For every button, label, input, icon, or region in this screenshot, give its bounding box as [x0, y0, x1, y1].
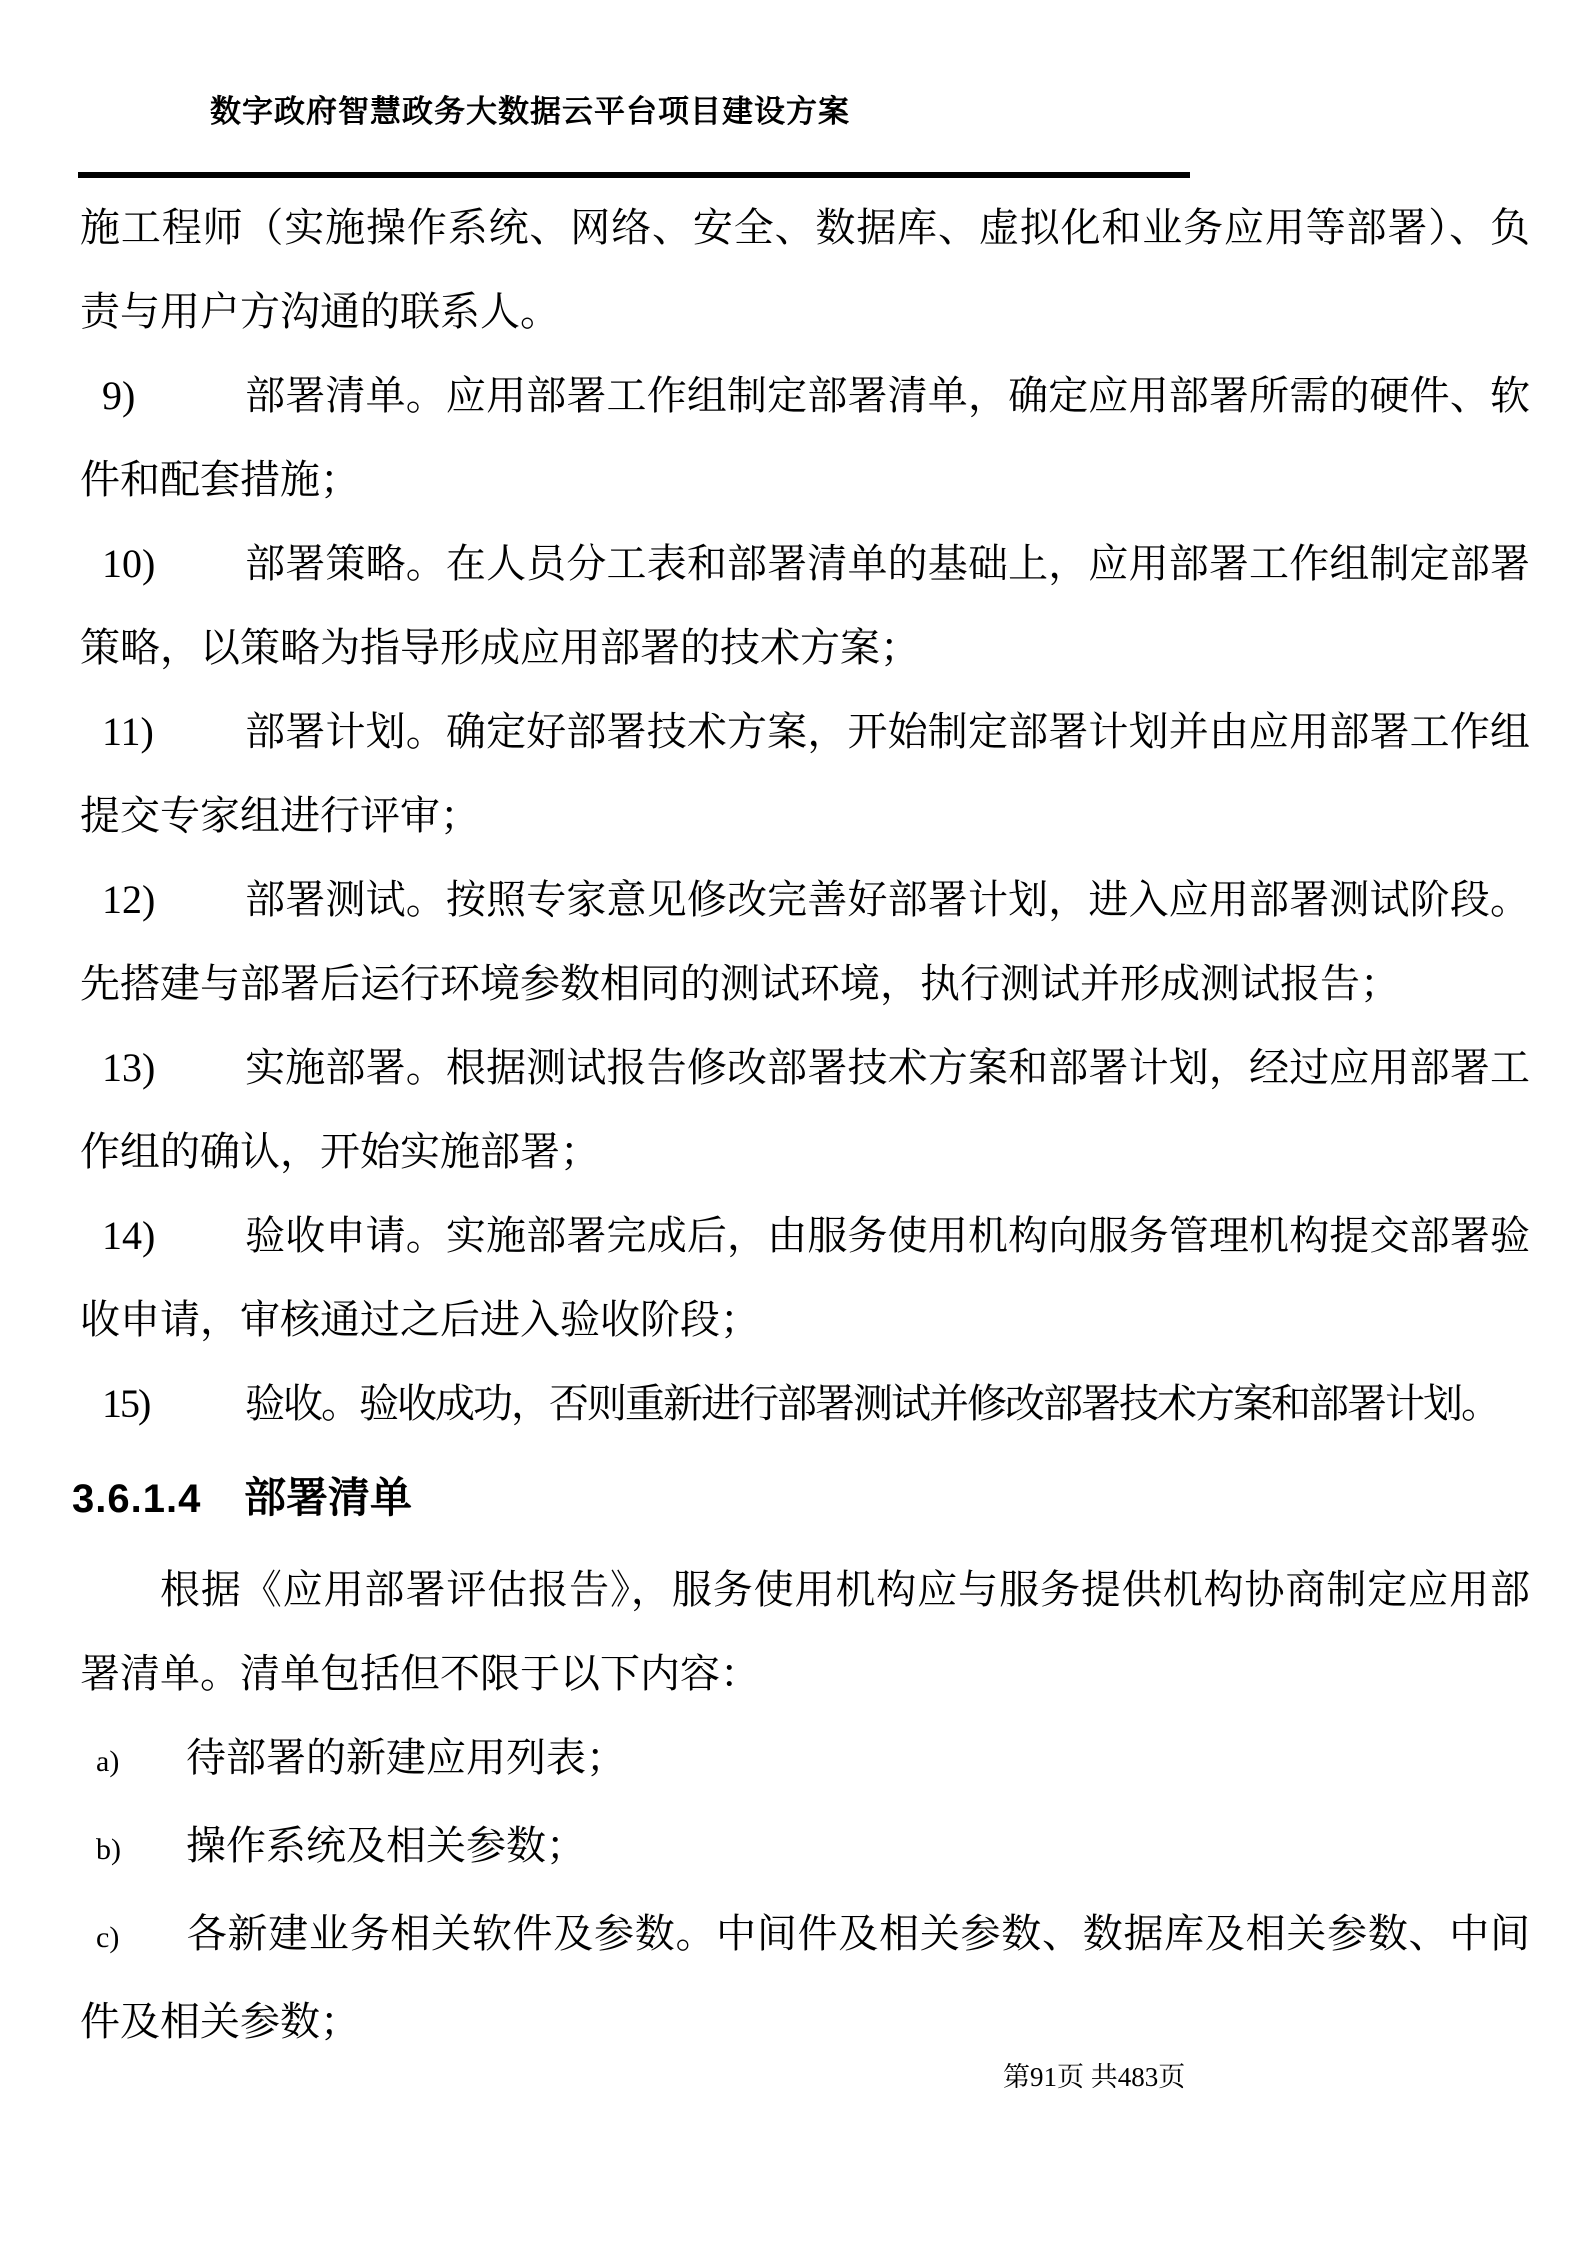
item-text: 各新建业务相关软件及参数。中间件及相关参数、数据库及相关参数、中间件及相关参数； — [80, 1911, 1530, 2044]
intro-paragraph: 施工程师（实施操作系统、网络、安全、数据库、虚拟化和业务应用等部署）、负责与用户… — [80, 186, 1530, 354]
header-divider — [78, 172, 1190, 178]
document-page: 数字政府智慧政务大数据云平台项目建设方案 施工程师（实施操作系统、网络、安全、数… — [0, 0, 1587, 2245]
item-number: 10) — [80, 522, 245, 606]
item-text: 操作系统及相关参数； — [186, 1823, 586, 1868]
lettered-item-b: b)操作系统及相关参数； — [80, 1804, 1530, 1892]
item-number: 14) — [80, 1194, 245, 1278]
item-number: 15) — [80, 1362, 245, 1446]
item-text: 验收。验收成功，否则重新进行部署测试并修改部署技术方案和部署计划。 — [245, 1381, 1499, 1426]
item-number: 11) — [80, 690, 245, 774]
numbered-item-13: 13)实施部署。根据测试报告修改部署技术方案和部署计划，经过应用部署工作组的确认… — [80, 1026, 1530, 1194]
item-letter: a) — [80, 1720, 186, 1804]
page-number: 第91页 共483页 — [1003, 2060, 1185, 2094]
numbered-item-11: 11)部署计划。确定好部署技术方案，开始制定部署计划并由应用部署工作组提交专家组… — [80, 690, 1530, 858]
item-text: 待部署的新建应用列表； — [186, 1735, 626, 1780]
item-text: 部署测试。按照专家意见修改完善好部署计划，进入应用部署测试阶段。先搭建与部署后运… — [80, 877, 1530, 1006]
item-text: 部署计划。确定好部署技术方案，开始制定部署计划并由应用部署工作组提交专家组进行评… — [80, 709, 1530, 838]
lettered-item-c: c)各新建业务相关软件及参数。中间件及相关参数、数据库及相关参数、中间件及相关参… — [80, 1892, 1530, 2064]
item-text: 部署策略。在人员分工表和部署清单的基础上，应用部署工作组制定部署策略，以策略为指… — [80, 541, 1530, 670]
numbered-item-14: 14)验收申请。实施部署完成后，由服务使用机构向服务管理机构提交部署验收申请，审… — [80, 1194, 1530, 1362]
numbered-item-12: 12)部署测试。按照专家意见修改完善好部署计划，进入应用部署测试阶段。先搭建与部… — [80, 858, 1530, 1026]
item-text: 验收申请。实施部署完成后，由服务使用机构向服务管理机构提交部署验收申请，审核通过… — [80, 1213, 1530, 1342]
section-number: 3.6.1.4 — [72, 1464, 244, 1534]
section-title: 部署清单 — [244, 1476, 412, 1522]
numbered-item-15: 15)验收。验收成功，否则重新进行部署测试并修改部署技术方案和部署计划。 — [80, 1362, 1530, 1446]
item-letter: b) — [80, 1808, 186, 1892]
numbered-item-9: 9)部署清单。应用部署工作组制定部署清单，确定应用部署所需的硬件、软件和配套措施… — [80, 354, 1530, 522]
lettered-item-a: a)待部署的新建应用列表； — [80, 1716, 1530, 1804]
document-header-title: 数字政府智慧政务大数据云平台项目建设方案 — [210, 86, 850, 131]
document-body: 施工程师（实施操作系统、网络、安全、数据库、虚拟化和业务应用等部署）、负责与用户… — [80, 186, 1530, 2064]
item-number: 12) — [80, 858, 245, 942]
item-text: 实施部署。根据测试报告修改部署技术方案和部署计划，经过应用部署工作组的确认，开始… — [80, 1045, 1530, 1174]
numbered-item-10: 10)部署策略。在人员分工表和部署清单的基础上，应用部署工作组制定部署策略，以策… — [80, 522, 1530, 690]
item-number: 9) — [80, 354, 245, 438]
item-number: 13) — [80, 1026, 245, 1110]
section-intro-paragraph: 根据《应用部署评估报告》，服务使用机构应与服务提供机构协商制定应用部署清单。清单… — [80, 1548, 1530, 1716]
item-letter: c) — [80, 1896, 186, 1980]
section-heading: 3.6.1.4部署清单 — [72, 1464, 1530, 1534]
item-text: 部署清单。应用部署工作组制定部署清单，确定应用部署所需的硬件、软件和配套措施； — [80, 373, 1530, 502]
